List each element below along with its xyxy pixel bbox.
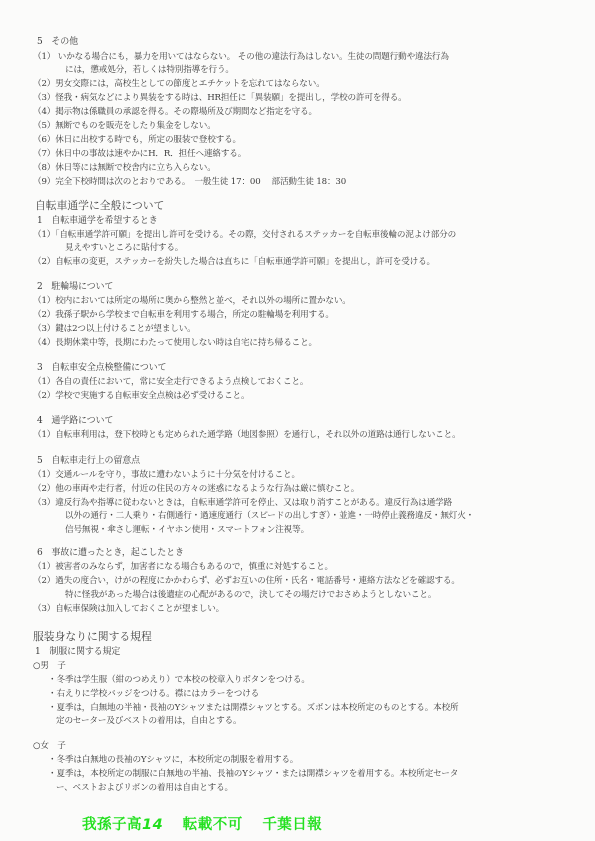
section-5-item-5: （5）無断でものを販売をしたり集金をしない。 [33,121,216,132]
bicycle-s4-title: 4 通学路について [37,416,113,427]
section-5-item-6: （6）休日に出校する時でも，所定の服装で登校する。 [33,135,241,146]
bicycle-s5-item-3: （3）違反行為や指導に従わないときは，自転車通学許可を停止、又は取り消すことがあ… [33,498,452,509]
bicycle-s6-title: 6 事故に遭ったとき，起こしたとき [37,548,184,559]
dress-male-item-1: ・冬季は学生服（紺のつめえり）で本校の校章入りボタンをつける。 [48,675,310,686]
section-5-item-3: （3）怪我・病気などにより異装をする時は、HR担任に「異装願」を提出し，学校の許… [33,93,407,104]
dress-female-item-1: ・冬季は白無地の長袖のYシャツに，本校所定の制服を着用する。 [48,755,298,766]
bicycle-s5-item-3-cont-2: 信号無視・傘さし運転・イヤホン使用・スマートフォン注視等。 [65,525,309,536]
watermark-publisher: 千葉日報 [262,817,322,833]
section-5-item-9: （9）完全下校時間は次のとおりである。 一般生徒 17：00 部活動生徒 18：… [33,177,346,188]
bicycle-s6-item-2: （2）過失の度合い，けがの程度にかかわらず、必ずお互いの住所・氏名・電話番号・連… [33,576,460,587]
section-5-item-2: （2）男女交際には，高校生としての節度とエチケットを忘れてはならない。 [33,79,325,90]
bicycle-heading: 自転車通学に全般について [35,200,164,211]
section-5-item-8: （8）休日等には無断で校舎内に立ち入らない。 [33,163,216,174]
dress-male-item-2: ・右えりに学校バッジをつける。襟にはカラーをつける [48,689,259,700]
dress-male-item-3: ・夏季は，白無地の半袖・長袖のYシャツまたは開襟シャツとする。ズボンは本校所定の… [48,703,458,714]
bicycle-s2-item-3: （3）鍵は2つ以上付けることが望ましい。 [33,324,196,335]
bicycle-s3-item-1: （1）各自の責任において，常に安全走行できるよう点検しておくこと。 [33,377,308,388]
bicycle-s2-title: 2 駐輪場について [37,282,113,293]
bicycle-s6-item-3: （3）自転車保険は加入しておくことが望ましい。 [33,604,224,615]
dress-heading: 服装身なりに関する規程 [33,631,152,642]
bicycle-s1-item-2: （2）自転車の変更，ステッカーを紛失した場合は直ちに「自転車通学許可願」を提出し… [33,257,435,268]
bicycle-s5-title: 5 自転車走行上の留意点 [37,456,140,467]
bicycle-s6-item-2-cont: 特に怪我があった場合は後遺症の心配があるので，決してその場だけでおさめようとしな… [65,590,436,601]
watermark-number: 14 [142,817,163,833]
document-page: 5 その他 （1） いかなる場合にも，暴力を用いてはならない。 その他の違法行為… [0,0,595,841]
section-5-title: 5 その他 [37,37,78,48]
dress-s1-title: 1 制服に関する規定 [35,647,120,658]
bicycle-s5-item-3-cont-1: 以外の通行・二人乗り・右側通行・過速度通行（スピードの出しすぎ）・並進・一時停止… [65,511,474,522]
dress-female-item-2: ・夏季は，本校所定の制服に白無地の半袖、長袖のYシャツ・または開襟シャツを着用す… [48,769,458,780]
bicycle-s3-title: 3 自転車安全点検整備について [37,363,166,374]
bicycle-s6-item-1: （1）被害者のみならず，加害者になる場合もあるので，慎重に対処すること。 [33,562,333,573]
bicycle-s1-title: 1 自転車通学を希望するとき [37,216,158,227]
section-5-item-1: （1） いかなる場合にも，暴力を用いてはならない。 その他の違法行為はしない。生… [33,52,449,63]
bicycle-s1-item-1-cont: 見えやすいところに貼付する。 [65,243,183,254]
watermark-school: 我孫子高14 [82,817,163,833]
section-5-item-7: （7）休日中の事故は速やかにH．R．担任へ連絡する。 [33,149,246,160]
bicycle-s4-item-1: （1）自転車利用は，登下校時とも定められた通学路（地図参照）を通行し，それ以外の… [33,430,461,441]
dress-female-item-2-cont: ー、ベストおよびリボンの着用は自由とする。 [56,783,233,794]
section-5-item-4: （4）掲示物は係職員の承認を得る。その際場所及び期間など指定を守る。 [33,107,317,118]
dress-female-label: ○女 子 [33,741,66,752]
bicycle-s2-item-2: （2）我孫子駅から学校まで自転車を利用する場合，所定の駐輪場を利用する。 [33,310,334,321]
dress-male-item-3-cont: 定のセーター及びベストの着用は，自由とする。 [56,716,241,727]
bicycle-s2-item-1: （1）校内においては所定の場所に奥から整然と並べ，それ以外の場所に置かない。 [33,296,351,307]
bicycle-s5-item-2: （2）他の車両や走行者，付近の住民の方々の迷惑になるような行為は厳に慎むこと。 [33,484,359,495]
watermark-notice: 転載不可 [183,817,243,833]
watermark: 我孫子高14 転載不可 千葉日報 [82,813,336,834]
dress-male-label: ○男 子 [33,661,66,672]
bicycle-s5-item-1: （1）交通ルールを守り，事故に遭わないように十分気を付けること。 [33,470,300,481]
bicycle-s1-item-1: （1）「自転車通学許可願」を提出し許可を受ける。その際，交付されるステッカーを自… [33,230,456,241]
bicycle-s2-item-4: （4）長期休業中等，長期にわたって使用しない時は自宅に持ち帰ること。 [33,338,317,349]
bicycle-s3-item-2: （2）学校で実施する自転車安全点検は必ず受けること。 [33,391,249,402]
section-5-item-1-cont: には，懲戒処分，若しくは特別指導を行う。 [65,65,234,76]
